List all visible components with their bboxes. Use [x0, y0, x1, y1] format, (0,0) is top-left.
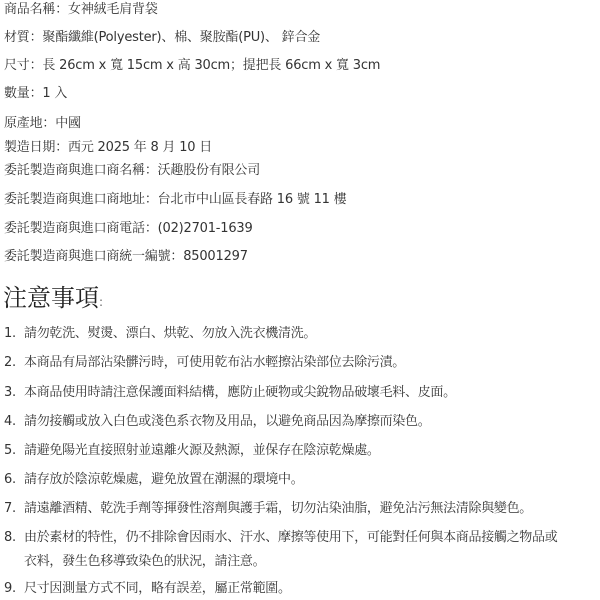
spec-value: 台北市中山區長春路 16 號 11 樓 — [158, 192, 347, 207]
notice-heading: 注意事項: — [3, 283, 103, 317]
spec-importer-name: 委託製造商與進口商名稱：沃趣股份有限公司 — [4, 163, 260, 179]
notice-item: 4.請勿接觸或放入白色或淺色系衣物及用品，以避免商品因為摩擦而染色。 — [4, 414, 430, 430]
spec-value: 85001297 — [183, 249, 248, 264]
notice-item: 3.本商品使用時請注意保護面料結構，應防止硬物或尖銳物品破壞毛料、皮面。 — [4, 385, 456, 401]
notice-item: 2.本商品有局部沾染髒污時，可使用乾布沾水輕擦沾染部位去除污漬。 — [4, 355, 405, 371]
spec-label: 委託製造商與進口商統一編號 — [4, 249, 170, 264]
spec-label: 製造日期 — [4, 140, 55, 155]
spec-label: 委託製造商與進口商電話 — [4, 221, 145, 236]
spec-value: 聚酯纖維(Polyester)、棉、聚胺酯(PU)、 鋅合金 — [42, 30, 320, 45]
spec-product-name: 商品名稱：女神絨毛肩背袋 — [4, 2, 158, 18]
notice-item: 8.由於素材的特性，仍不排除會因雨水、汗水、摩擦等使用下，可能對任何與本商品接觸… — [4, 530, 557, 546]
spec-manufacture-date: 製造日期：西元 2025 年 8 月 10 日 — [4, 140, 212, 156]
spec-label: 數量 — [4, 86, 30, 101]
spec-importer-tax-id: 委託製造商與進口商統一編號：85001297 — [4, 249, 248, 265]
spec-importer-phone: 委託製造商與進口商電話：(02)2701-1639 — [4, 221, 253, 237]
spec-value: (02)2701-1639 — [158, 221, 253, 236]
spec-label: 材質 — [4, 30, 30, 45]
spec-label: 原產地 — [4, 116, 42, 131]
spec-value: 西元 2025 年 8 月 10 日 — [68, 140, 212, 155]
notice-item-continuation: 衣料，發生色移導致染色的狀況，請注意。 — [24, 554, 265, 570]
spec-value: 沃趣股份有限公司 — [158, 163, 260, 178]
spec-label: 尺寸 — [4, 58, 30, 73]
spec-label: 委託製造商與進口商地址 — [4, 192, 145, 207]
notice-item: 6.請存放於陰涼乾燥處，避免放置在潮濕的環境中。 — [4, 472, 303, 488]
spec-quantity: 數量：1 入 — [4, 86, 67, 102]
spec-value: 長 26cm x 寬 15cm x 高 30cm；提把長 66cm x 寬 3c… — [42, 58, 380, 73]
notice-item: 1.請勿乾洗、熨燙、漂白、烘乾、勿放入洗衣機清洗。 — [4, 326, 316, 342]
notice-item: 7.請遠離酒精、乾洗手劑等揮發性溶劑與護手霜，切勿沾染油脂，避免沾污無法清除與變… — [4, 501, 532, 517]
notice-item: 5.請避免陽光直接照射並遠離火源及熱源，並保存在陰涼乾燥處。 — [4, 443, 380, 459]
spec-value: 中國 — [55, 116, 81, 131]
spec-label: 委託製造商與進口商名稱 — [4, 163, 145, 178]
spec-material: 材質：聚酯纖維(Polyester)、棉、聚胺酯(PU)、 鋅合金 — [4, 30, 320, 46]
spec-size: 尺寸：長 26cm x 寬 15cm x 高 30cm；提把長 66cm x 寬… — [4, 58, 380, 74]
spec-importer-address: 委託製造商與進口商地址：台北市中山區長春路 16 號 11 樓 — [4, 192, 346, 208]
spec-origin: 原產地：中國 — [4, 116, 81, 132]
notice-item: 9.尺寸因測量方式不同，略有誤差，屬正常範圍。 — [4, 581, 291, 597]
spec-label: 商品名稱 — [4, 2, 55, 17]
spec-value: 女神絨毛肩背袋 — [68, 2, 158, 17]
spec-value: 1 入 — [42, 86, 67, 101]
